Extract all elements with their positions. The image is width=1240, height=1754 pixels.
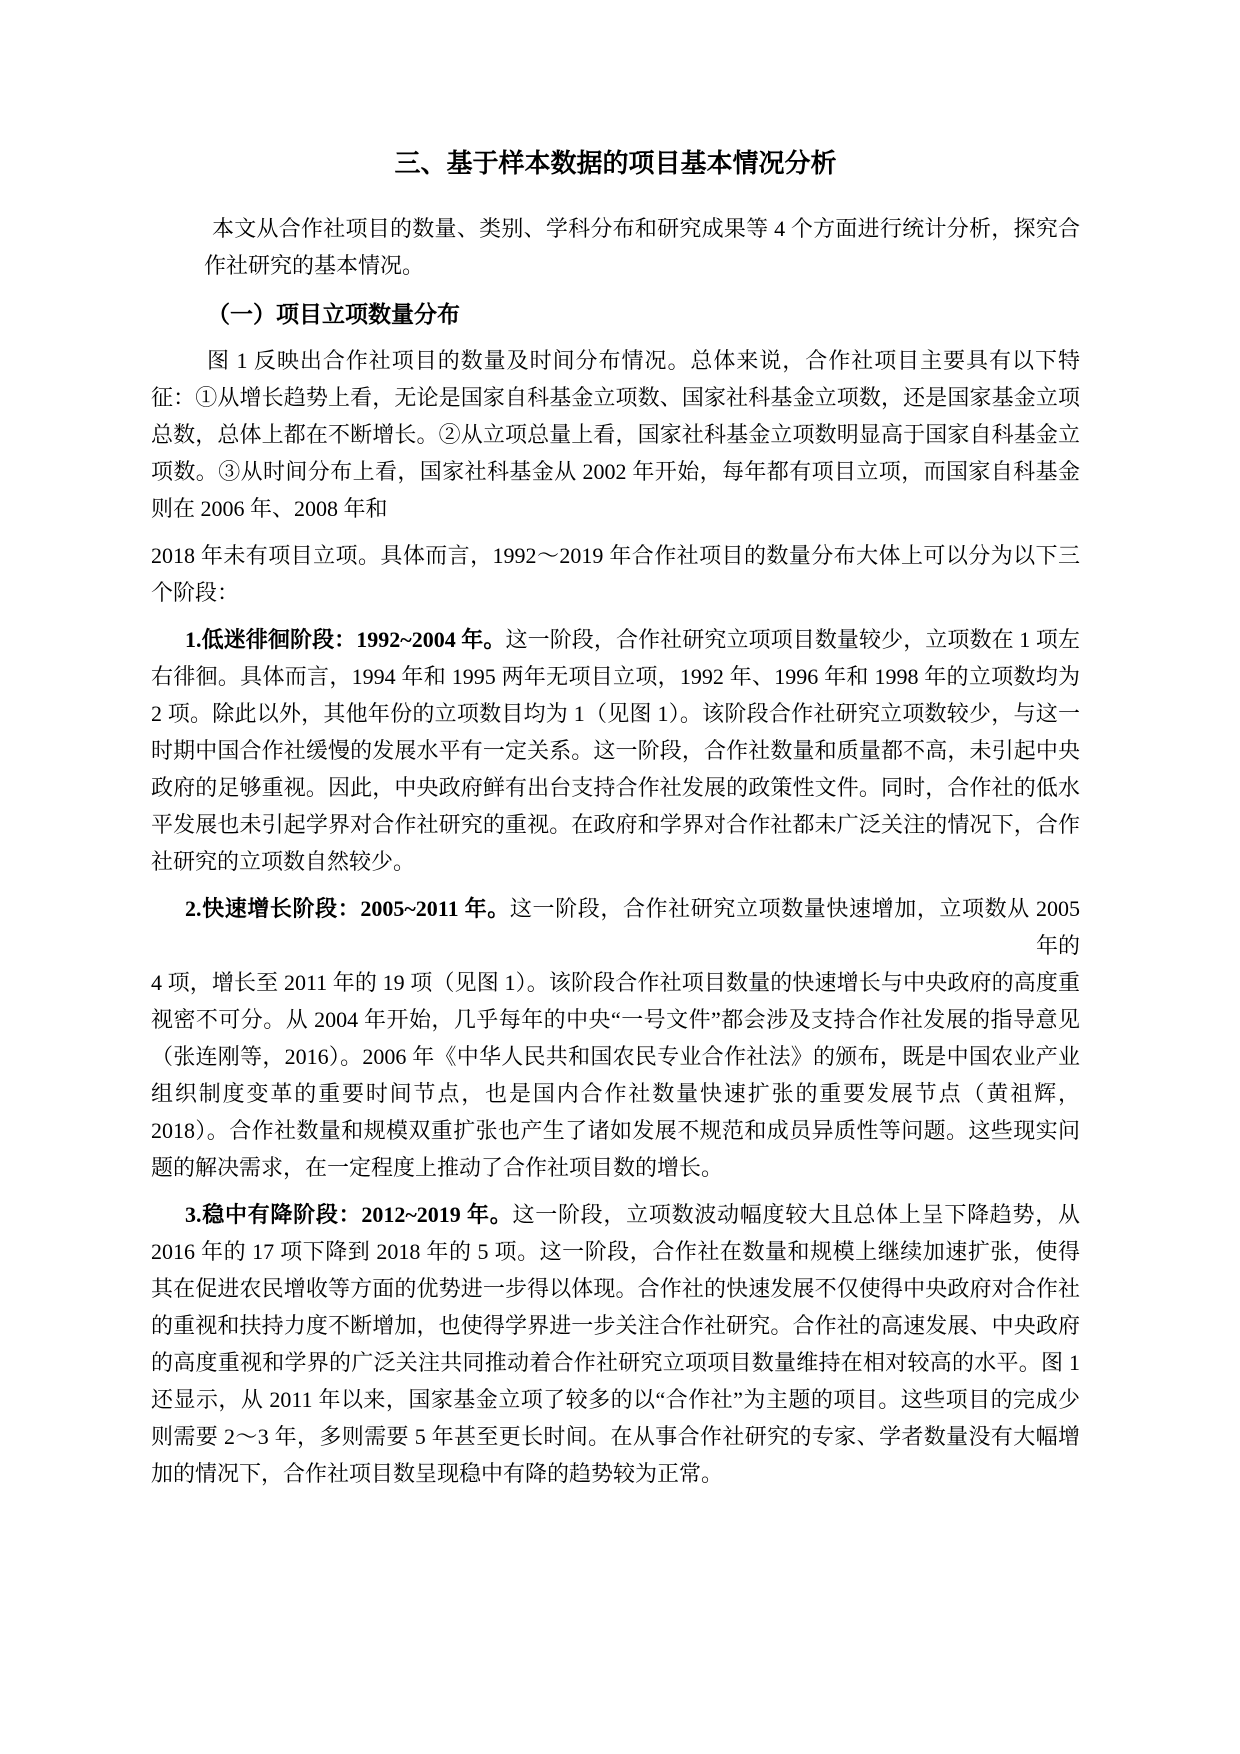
document-page: 三、基于样本数据的项目基本情况分析 本文从合作社项目的数量、类别、学科分布和研究…	[0, 0, 1240, 1754]
stage-2-number: 2.	[185, 896, 202, 921]
document-title: 三、基于样本数据的项目基本情况分析	[151, 146, 1080, 180]
stage-1-period: 1992~2004 年。	[356, 627, 505, 652]
overview-paragraph: 图 1 反映出合作社项目的数量及时间分布情况。总体来说，合作社项目主要具有以下特…	[151, 342, 1080, 527]
stage-1-body: 这一阶段，合作社研究立项项目数量较少，立项数在 1 项左右徘徊。具体而言，199…	[151, 627, 1080, 874]
stage-2-continuation-paragraph: 4 项，增长至 2011 年的 19 项（见图 1）。该阶段合作社项目数量的快速…	[151, 964, 1080, 1186]
stage-3-paragraph: 3.稳中有降阶段：2012~2019 年。这一阶段，立项数波动幅度较大且总体上呈…	[151, 1196, 1080, 1492]
stage-2-first-line: 2.快速增长阶段：2005~2011 年。这一阶段，合作社研究立项数量快速增加，…	[151, 890, 1080, 927]
stage-2-hanging-word: 年的	[151, 927, 1080, 964]
stage-3-label: 稳中有降阶段：	[202, 1202, 362, 1227]
stage-1-paragraph: 1.低迷徘徊阶段：1992~2004 年。这一阶段，合作社研究立项项目数量较少，…	[151, 621, 1080, 880]
stage-2-period: 2005~2011 年。	[360, 896, 510, 921]
stage-2-label: 快速增长阶段：	[202, 896, 361, 921]
stage-1-label: 低迷徘徊阶段：	[202, 627, 357, 652]
stage-1-number: 1.	[185, 627, 202, 652]
section-heading: （一）项目立项数量分布	[151, 294, 1080, 334]
stage-3-number: 3.	[185, 1202, 202, 1227]
overview-continuation-paragraph: 2018 年未有项目立项。具体而言，1992～2019 年合作社项目的数量分布大…	[151, 537, 1080, 611]
stage-2-body-line1: 这一阶段，合作社研究立项数量快速增加，立项数从 2005	[510, 896, 1080, 921]
stage-3-period: 2012~2019 年。	[361, 1202, 512, 1227]
stage-3-body: 这一阶段，立项数波动幅度较大且总体上呈下降趋势，从 2016 年的 17 项下降…	[151, 1202, 1080, 1486]
intro-paragraph: 本文从合作社项目的数量、类别、学科分布和研究成果等 4 个方面进行统计分析，探究…	[204, 210, 1080, 284]
